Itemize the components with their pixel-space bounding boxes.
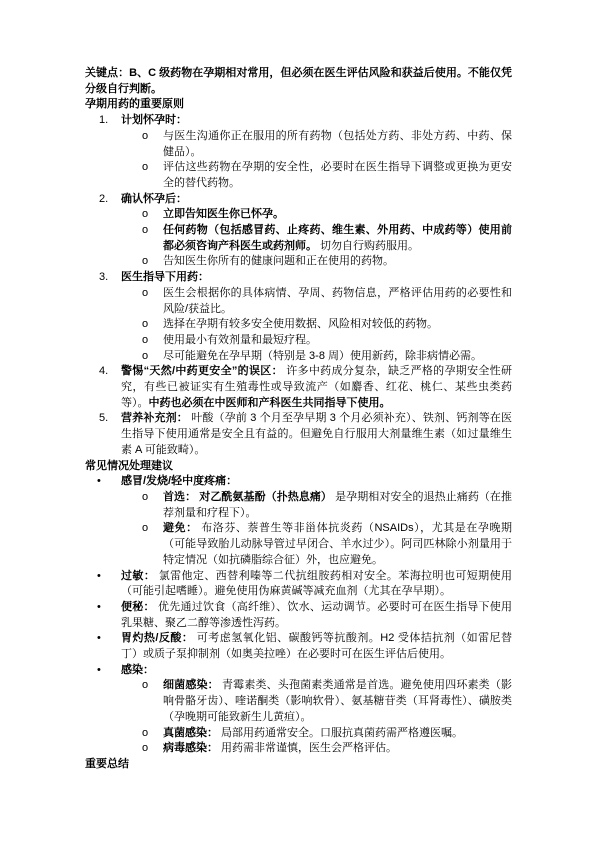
circle-bullet-marker: o bbox=[142, 349, 148, 365]
text-segment: 便秘： bbox=[121, 601, 155, 613]
text-segment: 孕期用药的重要原则 bbox=[85, 98, 184, 110]
text-segment: 感染： bbox=[121, 664, 154, 676]
sub-list-item: o首选： 对乙酰氨基酚（扑热息痛） 是孕期相对安全的退热止痛药（在推荐剂量和疗程… bbox=[85, 490, 512, 521]
sub-list-item: o选择在孕期有较多安全使用数据、风险相对较低的药物。 bbox=[85, 317, 512, 333]
sub-list-item: o与医生沟通你正在服用的所有药物（包括处方药、非处方药、中药、保健品）。 bbox=[85, 129, 512, 160]
circle-bullet-marker: o bbox=[142, 741, 148, 757]
text-segment: 告知医生你所有的健康问题和正在使用的药物。 bbox=[163, 255, 394, 267]
number-marker: 3. bbox=[99, 270, 108, 286]
text-segment: 切勿自行购药服用。 bbox=[317, 240, 419, 252]
number-marker: 5. bbox=[99, 411, 108, 427]
text-segment: 选择在孕期有较多安全使用数据、风险相对较低的药物。 bbox=[163, 318, 438, 330]
sub-list-item: o任何药物（包括感冒药、止疼药、维生素、外用药、中成药等）使用前都必须咨询产科医… bbox=[85, 223, 512, 254]
circle-bullet-marker: o bbox=[142, 521, 148, 537]
text-segment: 用药需非常谨慎，医生会严格评估。 bbox=[218, 742, 397, 754]
list-item-text: 确认怀孕后： bbox=[121, 193, 187, 205]
text-segment: 尽可能避免在孕早期（特别是 3-8 周）使用新药，除非病情必需。 bbox=[163, 350, 482, 362]
text-segment: 过敏： bbox=[121, 570, 155, 582]
list-item: 3.医生指导下用药： bbox=[85, 270, 512, 286]
list-item-text: 评估这些药物在孕期的安全性，必要时在医生指导下调整或更换为更安全的替代药物。 bbox=[163, 161, 512, 189]
text-segment: 中药也必须在中医师和产科医生共同指导下使用。 bbox=[149, 397, 391, 409]
list-item: 5.营养补充剂： 叶酸（孕前 3 个月至孕早期 3 个月必须补充）、铁剂、钙剂等… bbox=[85, 411, 512, 458]
text-segment: 营养补充剂： bbox=[121, 412, 188, 424]
list-item: •便秘： 优先通过饮食（高纤维）、饮水、运动调节。必要时可在医生指导下使用乳果糖… bbox=[85, 600, 512, 631]
key-point-paragraph: 关键点：B、C 级药物在孕期相对常用，但必须在医生评估风险和获益后使用。不能仅凭… bbox=[85, 66, 512, 97]
text-segment: 确认怀孕后： bbox=[121, 193, 187, 205]
bullet-marker: • bbox=[97, 569, 101, 585]
sub-list-item: o使用最小有效剂量和最短疗程。 bbox=[85, 333, 512, 349]
list-item-text: 过敏： 氯雷他定、西替利嗪等二代抗组胺药相对安全。苯海拉明也可短期使用（可能引起… bbox=[121, 570, 512, 598]
sub-list-item: o尽可能避免在孕早期（特别是 3-8 周）使用新药，除非病情必需。 bbox=[85, 349, 512, 365]
document-body: 关键点：B、C 级药物在孕期相对常用，但必须在医生评估风险和获益后使用。不能仅凭… bbox=[85, 66, 512, 773]
text-segment: 首选： 对乙酰氨基酚（扑热息痛） bbox=[163, 491, 332, 503]
list-item-text: 病毒感染： 用药需非常谨慎，医生会严格评估。 bbox=[163, 742, 397, 754]
text-segment: 优先通过饮食（高纤维）、饮水、运动调节。必要时可在医生指导下使用乳果糖、聚乙二醇… bbox=[121, 601, 512, 629]
list-item-text: 任何药物（包括感冒药、止疼药、维生素、外用药、中成药等）使用前都必须咨询产科医生… bbox=[163, 224, 512, 252]
circle-bullet-marker: o bbox=[142, 254, 148, 270]
text-segment: 氯雷他定、西替利嗪等二代抗组胺药相对安全。苯海拉明也可短期使用（可能引起嗜睡）。… bbox=[121, 570, 512, 598]
circle-bullet-marker: o bbox=[142, 490, 148, 506]
text-segment: 避免： bbox=[163, 522, 198, 534]
text-segment: 病毒感染： bbox=[163, 742, 218, 754]
text-segment: 局部用药通常安全。口服抗真菌药需严格遵医嘱。 bbox=[218, 727, 463, 739]
text-segment: 布洛芬、萘普生等非甾体抗炎药（NSAIDs），尤其是在孕晚期（可能导致胎儿动脉导… bbox=[163, 522, 512, 565]
text-segment: 医生会根据你的具体病情、孕周、药物信息，严格评估用药的必要性和风险/获益比。 bbox=[163, 287, 512, 315]
list-item-text: 首选： 对乙酰氨基酚（扑热息痛） 是孕期相对安全的退热止痛药（在推荐剂量和疗程下… bbox=[163, 491, 512, 519]
list-item-text: 真菌感染： 局部用药通常安全。口服抗真菌药需严格遵医嘱。 bbox=[163, 727, 463, 739]
text-segment: 感冒/发烧/轻中度疼痛： bbox=[121, 475, 237, 487]
sub-list-item: o医生会根据你的具体病情、孕周、药物信息，严格评估用药的必要性和风险/获益比。 bbox=[85, 286, 512, 317]
list-item-text: 与医生沟通你正在服用的所有药物（包括处方药、非处方药、中药、保健品）。 bbox=[163, 130, 512, 158]
text-segment: 警惕“天然/中药更安全”的误区： bbox=[121, 365, 283, 377]
list-item-text: 立即告知医生你已怀孕。 bbox=[163, 208, 284, 220]
list-item-text: 计划怀孕时： bbox=[121, 114, 187, 126]
list-item: •胃灼热/反酸： 可考虑氢氧化铝、碳酸钙等抗酸剂。H2 受体拮抗剂（如雷尼替丁）… bbox=[85, 631, 512, 662]
text-segment: 关键点：B、C 级药物在孕期相对常用，但必须在医生评估风险和获益后使用。不能仅凭… bbox=[85, 67, 512, 95]
text-segment: 计划怀孕时： bbox=[121, 114, 187, 126]
list-item: •感冒/发烧/轻中度疼痛： bbox=[85, 474, 512, 490]
list-item-text: 营养补充剂： 叶酸（孕前 3 个月至孕早期 3 个月必须补充）、铁剂、钙剂等在医… bbox=[121, 412, 512, 455]
list-item-text: 医生会根据你的具体病情、孕周、药物信息，严格评估用药的必要性和风险/获益比。 bbox=[163, 287, 512, 315]
list-item-text: 感冒/发烧/轻中度疼痛： bbox=[121, 475, 237, 487]
circle-bullet-marker: o bbox=[142, 223, 148, 239]
bullet-marker: • bbox=[97, 631, 101, 647]
number-marker: 4. bbox=[99, 364, 108, 380]
bullet-marker: • bbox=[97, 663, 101, 679]
list-item-text: 细菌感染： 青霉素类、头孢菌素类通常是首选。避免使用四环素类（影响骨骼牙齿）、喹… bbox=[163, 679, 512, 722]
list-item-text: 告知医生你所有的健康问题和正在使用的药物。 bbox=[163, 255, 394, 267]
document-page: 关键点：B、C 级药物在孕期相对常用，但必须在医生评估风险和获益后使用。不能仅凭… bbox=[0, 0, 595, 841]
sub-list-item: o细菌感染： 青霉素类、头孢菌素类通常是首选。避免使用四环素类（影响骨骼牙齿）、… bbox=[85, 678, 512, 725]
text-segment: 胃灼热/反酸： bbox=[121, 632, 193, 644]
sub-list-item: o评估这些药物在孕期的安全性，必要时在医生指导下调整或更换为更安全的替代药物。 bbox=[85, 160, 512, 191]
list-item: •感染： bbox=[85, 663, 512, 679]
list-item-text: 使用最小有效剂量和最短疗程。 bbox=[163, 334, 317, 346]
circle-bullet-marker: o bbox=[142, 286, 148, 302]
heading-important-summary: 重要总结 bbox=[85, 757, 512, 773]
list-item-text: 医生指导下用药： bbox=[121, 271, 209, 283]
list-item-text: 选择在孕期有较多安全使用数据、风险相对较低的药物。 bbox=[163, 318, 438, 330]
sub-list-item: o告知医生你所有的健康问题和正在使用的药物。 bbox=[85, 254, 512, 270]
heading-common-situations: 常见情况处理建议 bbox=[85, 459, 512, 475]
text-segment: 医生指导下用药： bbox=[121, 271, 209, 283]
circle-bullet-marker: o bbox=[142, 317, 148, 333]
circle-bullet-marker: o bbox=[142, 678, 148, 694]
bullet-marker: • bbox=[97, 600, 101, 616]
circle-bullet-marker: o bbox=[142, 333, 148, 349]
text-segment: 使用最小有效剂量和最短疗程。 bbox=[163, 334, 317, 346]
list-item-text: 警惕“天然/中药更安全”的误区： 许多中药成分复杂，缺乏严格的孕期安全性研究，有… bbox=[121, 365, 512, 408]
text-segment: 常见情况处理建议 bbox=[85, 460, 173, 472]
sub-list-item: o避免： 布洛芬、萘普生等非甾体抗炎药（NSAIDs），尤其是在孕晚期（可能导致… bbox=[85, 521, 512, 568]
sub-list-item: o真菌感染： 局部用药通常安全。口服抗真菌药需严格遵医嘱。 bbox=[85, 726, 512, 742]
number-marker: 2. bbox=[99, 192, 108, 208]
text-segment: 细菌感染： bbox=[163, 679, 219, 691]
number-marker: 1. bbox=[99, 113, 108, 129]
list-item: 4.警惕“天然/中药更安全”的误区： 许多中药成分复杂，缺乏严格的孕期安全性研究… bbox=[85, 364, 512, 411]
bullet-marker: • bbox=[97, 474, 101, 490]
text-segment: 真菌感染： bbox=[163, 727, 218, 739]
circle-bullet-marker: o bbox=[142, 726, 148, 742]
list-item-text: 尽可能避免在孕早期（特别是 3-8 周）使用新药，除非病情必需。 bbox=[163, 350, 482, 362]
list-item: 1.计划怀孕时： bbox=[85, 113, 512, 129]
text-segment: 立即告知医生你已怀孕。 bbox=[163, 208, 284, 220]
text-segment: 评估这些药物在孕期的安全性，必要时在医生指导下调整或更换为更安全的替代药物。 bbox=[163, 161, 512, 189]
heading-pregnancy-medication-principles: 孕期用药的重要原则 bbox=[85, 97, 512, 113]
circle-bullet-marker: o bbox=[142, 160, 148, 176]
list-item-text: 避免： 布洛芬、萘普生等非甾体抗炎药（NSAIDs），尤其是在孕晚期（可能导致胎… bbox=[163, 522, 512, 565]
list-item: 2.确认怀孕后： bbox=[85, 192, 512, 208]
circle-bullet-marker: o bbox=[142, 207, 148, 223]
text-segment: 与医生沟通你正在服用的所有药物（包括处方药、非处方药、中药、保健品）。 bbox=[163, 130, 512, 158]
list-item-text: 感染： bbox=[121, 664, 154, 676]
text-segment: 重要总结 bbox=[85, 758, 129, 770]
sub-list-item: o立即告知医生你已怀孕。 bbox=[85, 207, 512, 223]
sub-list-item: o病毒感染： 用药需非常谨慎，医生会严格评估。 bbox=[85, 741, 512, 757]
list-item: •过敏： 氯雷他定、西替利嗪等二代抗组胺药相对安全。苯海拉明也可短期使用（可能引… bbox=[85, 569, 512, 600]
list-item-text: 便秘： 优先通过饮食（高纤维）、饮水、运动调节。必要时可在医生指导下使用乳果糖、… bbox=[121, 601, 512, 629]
circle-bullet-marker: o bbox=[142, 129, 148, 145]
list-item-text: 胃灼热/反酸： 可考虑氢氧化铝、碳酸钙等抗酸剂。H2 受体拮抗剂（如雷尼替丁）或… bbox=[121, 632, 512, 660]
